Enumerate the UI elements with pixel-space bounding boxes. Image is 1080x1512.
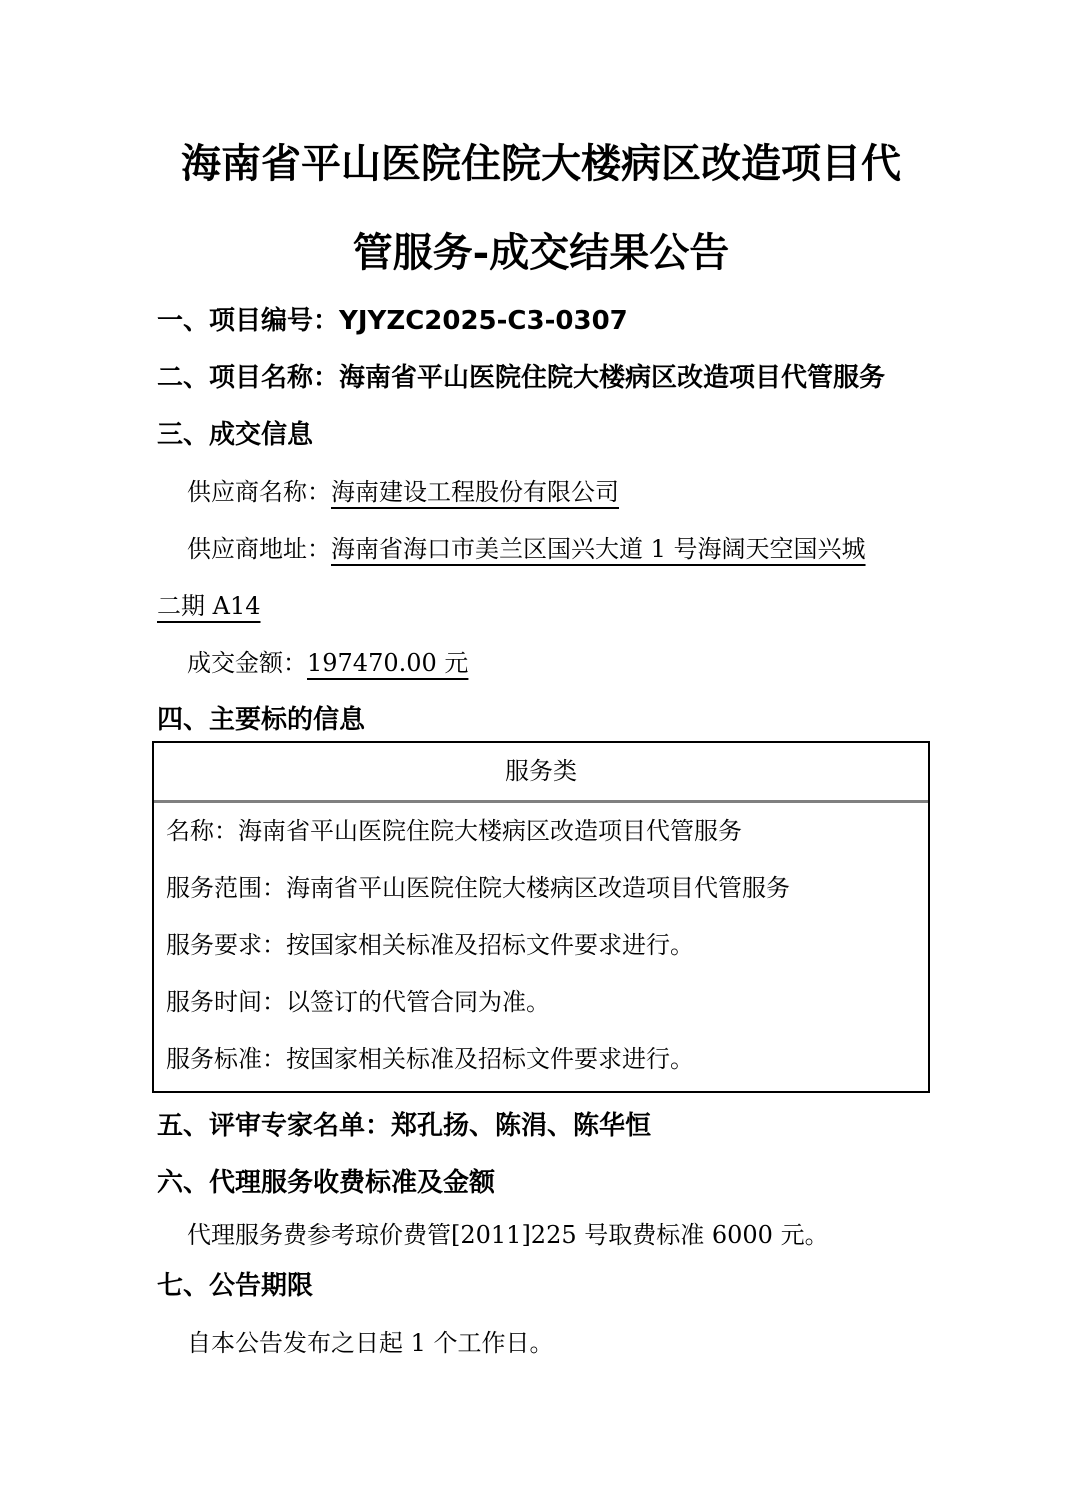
experts-value: 郑孔扬、陈涓、陈华恒 (391, 1111, 651, 1141)
section-announcement-period-heading: 七、公告期限 (157, 1258, 925, 1315)
supplier-address-row-continued: 二期 A14 (157, 578, 925, 635)
project-name-label: 二、项目名称： (157, 363, 339, 393)
deal-amount-label: 成交金额： (187, 649, 307, 677)
agency-fee-text: 代理服务费参考琼价费管[2011]225 号取费标准 6000 元。 (157, 1212, 925, 1258)
table-row-service-time: 服务时间：以签订的代管合同为准。 (166, 974, 928, 1031)
section-experts: 五、评审专家名单：郑孔扬、陈涓、陈华恒 (157, 1098, 925, 1155)
document-title-line-2: 管服务-成交结果公告 (157, 233, 925, 273)
document-title: 海南省平山医院住院大楼病区改造项目代 管服务-成交结果公告 (157, 144, 925, 273)
experts-label: 五、评审专家名单： (157, 1111, 391, 1141)
table-row-service-scope: 服务范围：海南省平山医院住院大楼病区改造项目代管服务 (166, 860, 928, 917)
supplier-address-value-line-2: 二期 A14 (157, 592, 261, 620)
table-row-service-standard: 服务标准：按国家相关标准及招标文件要求进行。 (166, 1031, 928, 1088)
supplier-name-label: 供应商名称： (187, 478, 331, 506)
deal-amount-value: 197470.00 元 (307, 649, 468, 677)
project-number-label: 一、项目编号： (157, 306, 339, 336)
deal-amount-row: 成交金额：197470.00 元 (157, 635, 925, 692)
supplier-name-row: 供应商名称：海南建设工程股份有限公司 (157, 464, 925, 521)
section-agency-fee-heading: 六、代理服务收费标准及金额 (157, 1155, 925, 1212)
project-name-value: 海南省平山医院住院大楼病区改造项目代管服务 (339, 363, 885, 393)
subject-info-table: 服务类 名称：海南省平山医院住院大楼病区改造项目代管服务 服务范围：海南省平山医… (152, 741, 930, 1093)
section-deal-info-heading: 三、成交信息 (157, 407, 925, 464)
section-project-name: 二、项目名称：海南省平山医院住院大楼病区改造项目代管服务 (157, 350, 925, 407)
table-row-name: 名称：海南省平山医院住院大楼病区改造项目代管服务 (166, 803, 928, 860)
document-body: 一、项目编号：YJYZC2025-C3-0307 二、项目名称：海南省平山医院住… (157, 293, 925, 1372)
supplier-address-row: 供应商地址：海南省海口市美兰区国兴大道 1 号海阔天空国兴城 (157, 521, 925, 578)
table-row-service-requirement: 服务要求：按国家相关标准及招标文件要求进行。 (166, 917, 928, 974)
announcement-period-text: 自本公告发布之日起 1 个工作日。 (157, 1315, 925, 1372)
supplier-address-label: 供应商地址： (187, 535, 331, 563)
table-body: 名称：海南省平山医院住院大楼病区改造项目代管服务 服务范围：海南省平山医院住院大… (154, 803, 928, 1091)
table-header-service-class: 服务类 (154, 743, 928, 803)
project-number-value: YJYZC2025-C3-0307 (339, 306, 628, 336)
supplier-name-value: 海南建设工程股份有限公司 (331, 478, 619, 506)
document-title-line-1: 海南省平山医院住院大楼病区改造项目代 (157, 144, 925, 184)
section-project-number: 一、项目编号：YJYZC2025-C3-0307 (157, 293, 925, 350)
document-page: 海南省平山医院住院大楼病区改造项目代 管服务-成交结果公告 一、项目编号：YJY… (0, 0, 1080, 1512)
supplier-address-value-line-1: 海南省海口市美兰区国兴大道 1 号海阔天空国兴城 (331, 535, 866, 563)
